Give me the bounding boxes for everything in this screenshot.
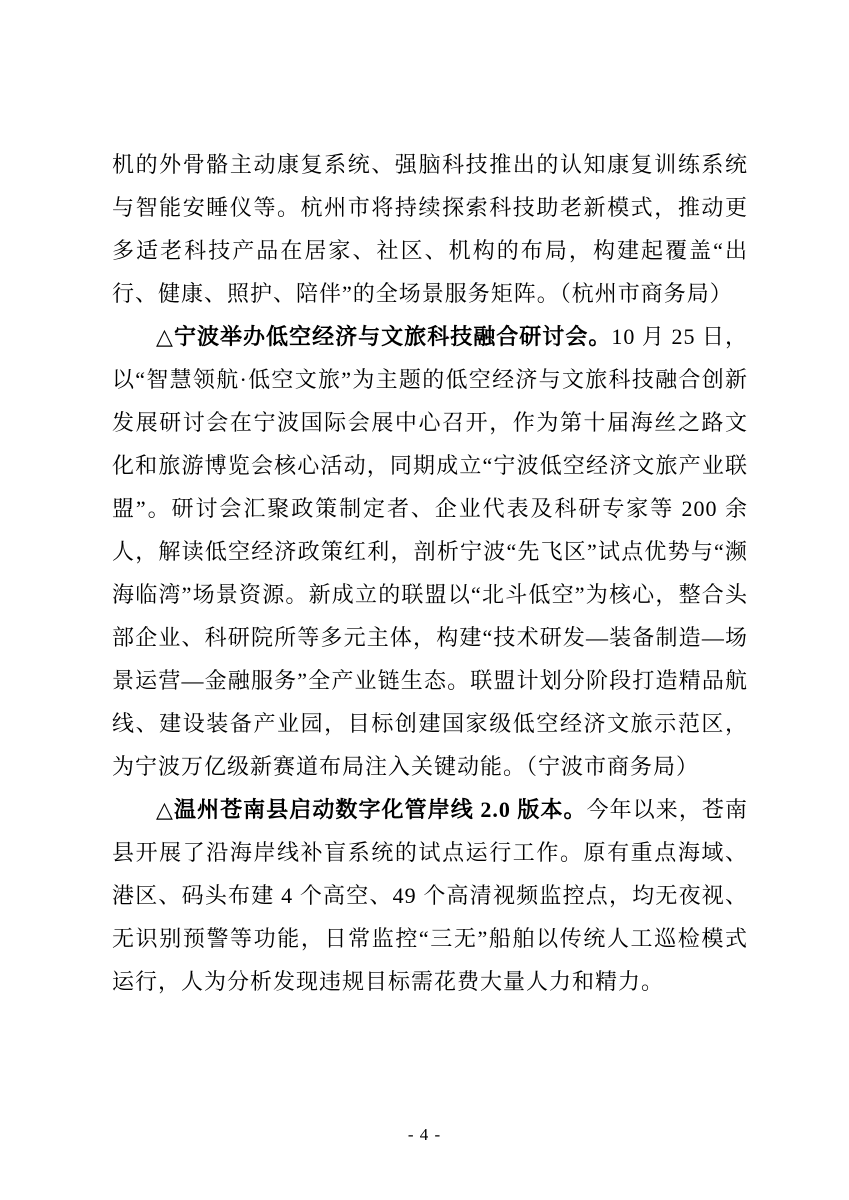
document-body: 机的外骨骼主动康复系统、强脑科技推出的认知康复训练系统与智能安睡仪等。杭州市将持… [112,143,748,1003]
document-page: 机的外骨骼主动康复系统、强脑科技推出的认知康复训练系统与智能安睡仪等。杭州市将持… [0,0,849,1200]
paragraph-headline: △温州苍南县启动数字化管岸线 2.0 版本。 [156,797,587,822]
paragraph-text: 今年以来，苍南县开展了沿海岸线补盲系统的试点运行工作。原有重点海域、港区、码头布… [112,797,748,994]
paragraph-ningbo-seminar: △宁波举办低空经济与文旅科技融合研讨会。10 月 25 日，以“智慧领航·低空文… [112,315,748,788]
paragraph-text: 10 月 25 日，以“智慧领航·低空文旅”为主题的低空经济与文旅科技融合创新发… [112,324,748,779]
paragraph-hangzhou-elderly-tech: 机的外骨骼主动康复系统、强脑科技推出的认知康复训练系统与智能安睡仪等。杭州市将持… [112,143,748,315]
paragraph-text: 机的外骨骼主动康复系统、强脑科技推出的认知康复训练系统与智能安睡仪等。杭州市将持… [112,152,748,306]
paragraph-wenzhou-coastline: △温州苍南县启动数字化管岸线 2.0 版本。今年以来，苍南县开展了沿海岸线补盲系… [112,788,748,1003]
paragraph-headline: △宁波举办低空经济与文旅科技融合研讨会。 [156,324,611,349]
page-number: - 4 - [0,1124,849,1146]
